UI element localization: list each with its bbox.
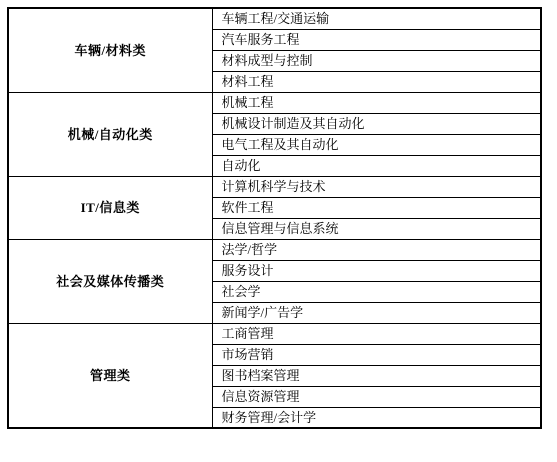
major-item-cell: 市场营销 (212, 344, 541, 365)
category-cell: 车辆/材料类 (8, 8, 212, 92)
category-cell: IT/信息类 (8, 176, 212, 239)
table-row: 机械/自动化类机械工程 (8, 92, 541, 113)
major-item-cell: 计算机科学与技术 (212, 176, 541, 197)
major-item-cell: 服务设计 (212, 260, 541, 281)
category-cell: 机械/自动化类 (8, 92, 212, 176)
page: 车辆/材料类车辆工程/交通运输汽车服务工程材料成型与控制材料工程机械/自动化类机… (0, 0, 557, 462)
major-item-cell: 图书档案管理 (212, 365, 541, 386)
major-item-cell: 财务管理/会计学 (212, 407, 541, 428)
major-item-cell: 材料工程 (212, 71, 541, 92)
major-item-cell: 软件工程 (212, 197, 541, 218)
major-item-cell: 自动化 (212, 155, 541, 176)
major-item-cell: 工商管理 (212, 323, 541, 344)
major-item-cell: 新闻学/广告学 (212, 302, 541, 323)
major-item-cell: 社会学 (212, 281, 541, 302)
majors-category-table: 车辆/材料类车辆工程/交通运输汽车服务工程材料成型与控制材料工程机械/自动化类机… (7, 7, 542, 429)
major-item-cell: 车辆工程/交通运输 (212, 8, 541, 29)
category-cell: 社会及媒体传播类 (8, 239, 212, 323)
table-row: IT/信息类计算机科学与技术 (8, 176, 541, 197)
major-item-cell: 电气工程及其自动化 (212, 134, 541, 155)
major-item-cell: 法学/哲学 (212, 239, 541, 260)
table-row: 社会及媒体传播类法学/哲学 (8, 239, 541, 260)
major-item-cell: 信息资源管理 (212, 386, 541, 407)
major-item-cell: 信息管理与信息系统 (212, 218, 541, 239)
major-item-cell: 汽车服务工程 (212, 29, 541, 50)
category-cell: 管理类 (8, 323, 212, 428)
majors-table-body: 车辆/材料类车辆工程/交通运输汽车服务工程材料成型与控制材料工程机械/自动化类机… (8, 8, 541, 428)
major-item-cell: 材料成型与控制 (212, 50, 541, 71)
table-row: 车辆/材料类车辆工程/交通运输 (8, 8, 541, 29)
major-item-cell: 机械设计制造及其自动化 (212, 113, 541, 134)
table-row: 管理类工商管理 (8, 323, 541, 344)
major-item-cell: 机械工程 (212, 92, 541, 113)
